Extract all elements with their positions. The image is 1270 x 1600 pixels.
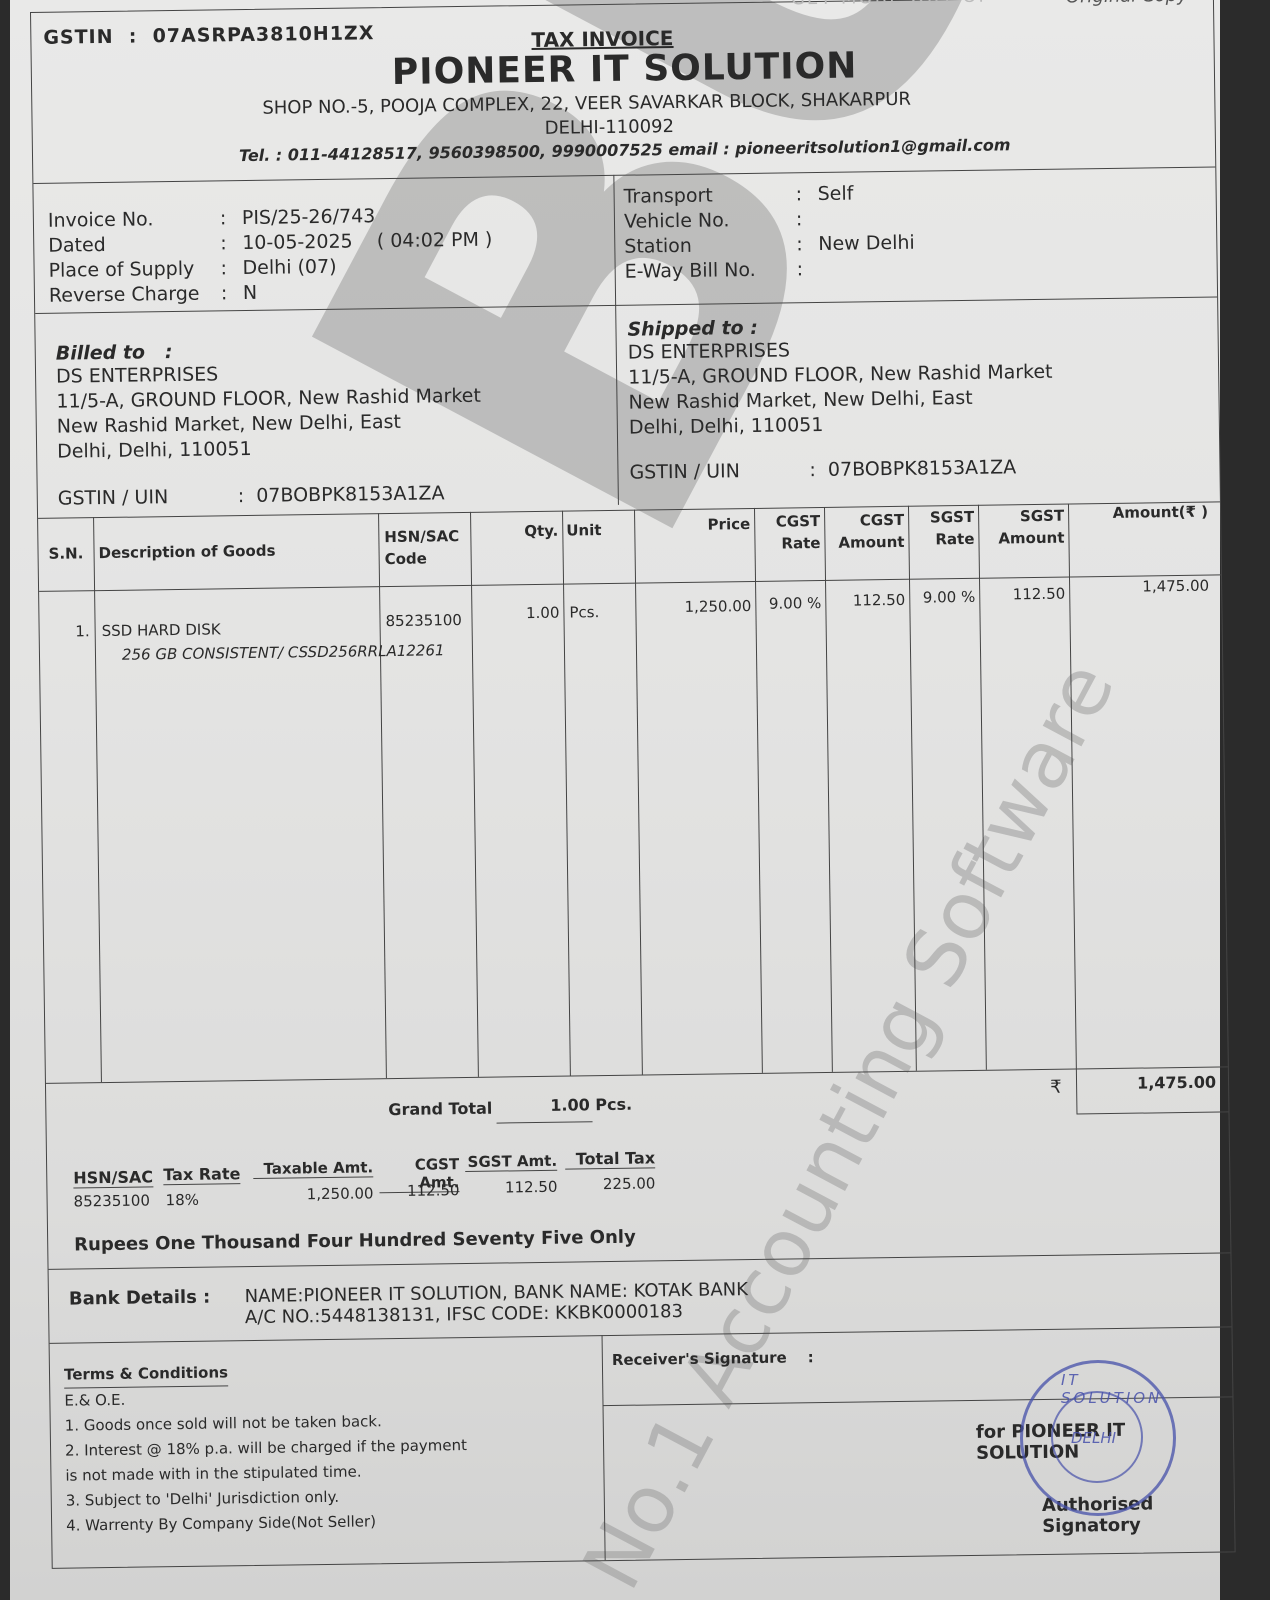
seller-gstin: GSTIN : 07ASRPA3810H1ZX [43,22,374,49]
terms-heading: Terms & Conditions [64,1360,228,1388]
col-header-hsn: HSN/SACCode [384,525,459,570]
shipped-to-block: Shipped to : DS ENTERPRISES 11/5-A, GROU… [627,313,1054,486]
item-cgst-rate: 9.00 % [757,594,821,613]
item-qty: 1.00 [499,604,559,623]
col-header-unit: Unit [566,519,601,541]
shipped-to-gstin: GSTIN / UIN: 07BOBPK8153A1ZA [629,455,1054,486]
station-row: Station:New Delhi [624,231,915,260]
col-header-description: Description of Goods [98,540,275,564]
grand-total-qty: 1.00 Pcs. [550,1095,632,1115]
reverse-charge-row: Reverse Charge:N [49,278,493,309]
col-header-sn: S.N. [48,542,83,564]
item-amount: 1,475.00 [1079,577,1209,597]
grand-total-label: Grand Total [388,1099,492,1119]
top-note: GET MORE OUT OF [791,0,991,9]
item-price: 1,250.00 [649,597,751,616]
terms-block: Terms & Conditions E.& O.E. 1. Goods onc… [64,1357,468,1539]
invoice-page: BUSY No.1 Accounting Software GET MORE O… [10,0,1220,1600]
col-header-price: Price [678,513,750,536]
col-header-sgst-rate: SGSTRate [912,506,975,551]
copy-type: Original Copy [1066,0,1188,8]
bank-details: Bank Details : NAME:PIONEER IT SOLUTION,… [69,1279,749,1330]
invoice-frame: GET MORE OUT OF Original Copy GSTIN : 07… [30,0,1236,1569]
item-cgst-amount: 112.50 [829,591,905,610]
company-address-line2: DELHI-110092 [545,116,675,139]
item-detail: 256 GB CONSISTENT/ CSSD256RRLA12261 [122,641,445,664]
company-address-line1: SHOP NO.-5, POOJA COMPLEX, 22, VEER SAVA… [262,89,911,119]
invoice-details: Invoice No.:PIS/25-26/743 Dated:10-05-20… [48,203,493,309]
col-header-sgst-amount: SGSTAmount [982,505,1065,550]
eway-bill-row: E-Way Bill No.: [625,256,916,285]
item-sgst-amount: 112.50 [983,585,1065,604]
tax-summary: HSN/SAC Tax Rate Taxable Amt. CGST Amt. … [73,1154,694,1211]
item-unit: Pcs. [569,603,599,621]
col-header-qty: Qty. [508,520,558,543]
company-stamp-icon: IT SOLUTION DELHI [1020,1360,1176,1516]
amount-in-words: Rupees One Thousand Four Hundred Seventy… [74,1227,636,1256]
item-hsn: 85235100 [385,611,462,630]
billed-to-block: Billed to : DS ENTERPRISES 11/5-A, GROUN… [56,337,483,512]
company-contact: Tel. : 011-44128517, 9560398500, 9990007… [239,135,1011,165]
rupee-icon: ₹ [1050,1077,1062,1098]
grand-total-amount: 1,475.00 [1086,1073,1216,1094]
receiver-signature-label: Receiver's Signature : [612,1348,814,1369]
table-row: 1. SSD HARD DISK 256 GB CONSISTENT/ CSSD… [31,0,1213,13]
company-name: PIONEER IT SOLUTION [392,45,858,92]
billed-to-gstin: GSTIN / UIN: 07BOBPK8153A1ZA [58,481,483,512]
col-header-amount: Amount(₹ ) [1078,501,1208,525]
item-sgst-rate: 9.00 % [911,588,975,607]
item-description: SSD HARD DISK [102,620,221,640]
col-header-cgst-rate: CGSTRate [758,510,821,555]
col-header-cgst-amount: CGSTAmount [828,509,905,554]
transport-details: Transport:Self Vehicle No.: Station:New … [623,181,915,285]
